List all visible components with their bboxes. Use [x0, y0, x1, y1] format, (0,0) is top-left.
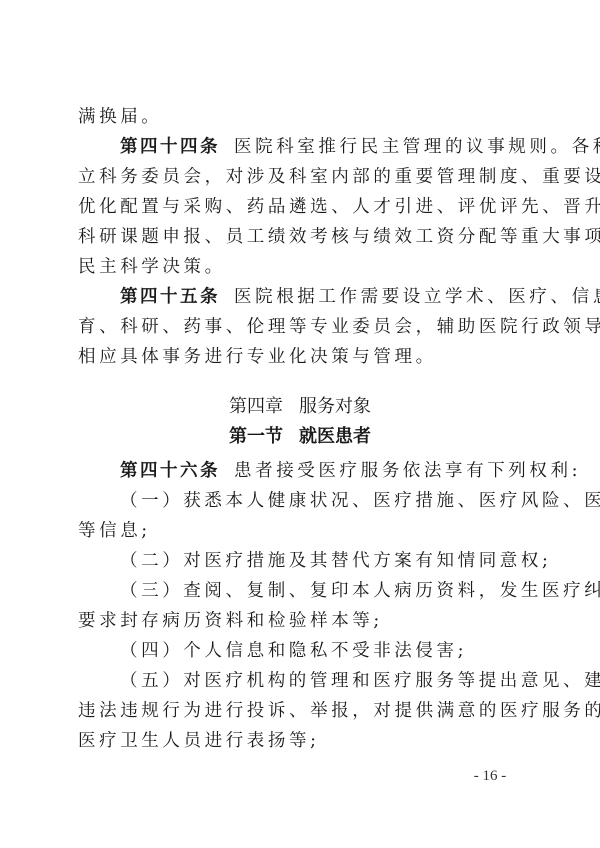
paragraph-line: 优化配置与采购、药品遴选、人才引进、评优评先、晋升晋职、	[78, 192, 524, 222]
article-number: 第四十五条	[120, 287, 220, 307]
paragraph-line: 立科务委员会，对涉及科室内部的重要管理制度、重要设施设备	[78, 162, 524, 192]
chapter-title: 服务对象	[299, 396, 371, 417]
list-item-5: （五）对医疗机构的管理和医疗服务等提出意见、建议，对	[120, 666, 524, 696]
paragraph-line: 要求封存病历资料和检验样本等;	[78, 606, 524, 636]
page-number: - 16 -	[458, 768, 522, 785]
list-item-2: （二）对医疗措施及其替代方案有知情同意权;	[120, 546, 524, 576]
paragraph-line: 科研课题申报、员工绩效考核与绩效工资分配等重大事项，进行	[78, 222, 524, 252]
article-number: 第四十六条	[120, 461, 220, 481]
paragraph-line: 违法违规行为进行投诉、举报，对提供满意的医疗服务的科室、	[78, 696, 524, 726]
section-number: 第一节	[229, 426, 283, 447]
article-text: 医院根据工作需要设立学术、医疗、信息、教	[234, 287, 600, 307]
article-number: 第四十四条	[120, 137, 220, 157]
article-text: 患者接受医疗服务依法享有下列权利:	[234, 461, 581, 481]
chapter-number: 第四章	[229, 396, 283, 417]
paragraph-line: 等信息;	[78, 516, 524, 546]
paragraph-line: 育、科研、药事、伦理等专业委员会，辅助医院行政领导班子对	[78, 312, 524, 342]
article-46-line: 第四十六条患者接受医疗服务依法享有下列权利:	[120, 456, 524, 486]
chapter-heading: 第四章服务对象	[0, 392, 600, 422]
list-item-3: （三）查阅、复制、复印本人病历资料，发生医疗纠纷时，	[120, 576, 524, 606]
list-item-4: （四）个人信息和隐私不受非法侵害;	[120, 636, 524, 666]
article-44-line: 第四十四条医院科室推行民主管理的议事规则。各科室建	[120, 132, 524, 162]
paragraph-line: 相应具体事务进行专业化决策与管理。	[78, 342, 524, 372]
list-item-1: （一）获悉本人健康状况、医疗措施、医疗风险、医疗费用	[120, 486, 524, 516]
section-title: 就医患者	[299, 426, 371, 447]
section-heading: 第一节就医患者	[0, 422, 600, 452]
paragraph-line: 医疗卫生人员进行表扬等;	[78, 726, 524, 756]
article-45-line: 第四十五条医院根据工作需要设立学术、医疗、信息、教	[120, 282, 524, 312]
document-page: 满换届。 第四十四条医院科室推行民主管理的议事规则。各科室建 立科务委员会，对涉…	[0, 0, 600, 848]
article-text: 医院科室推行民主管理的议事规则。各科室建	[234, 137, 600, 157]
paragraph-line: 民主科学决策。	[78, 252, 524, 282]
paragraph-line: 满换届。	[78, 102, 524, 132]
